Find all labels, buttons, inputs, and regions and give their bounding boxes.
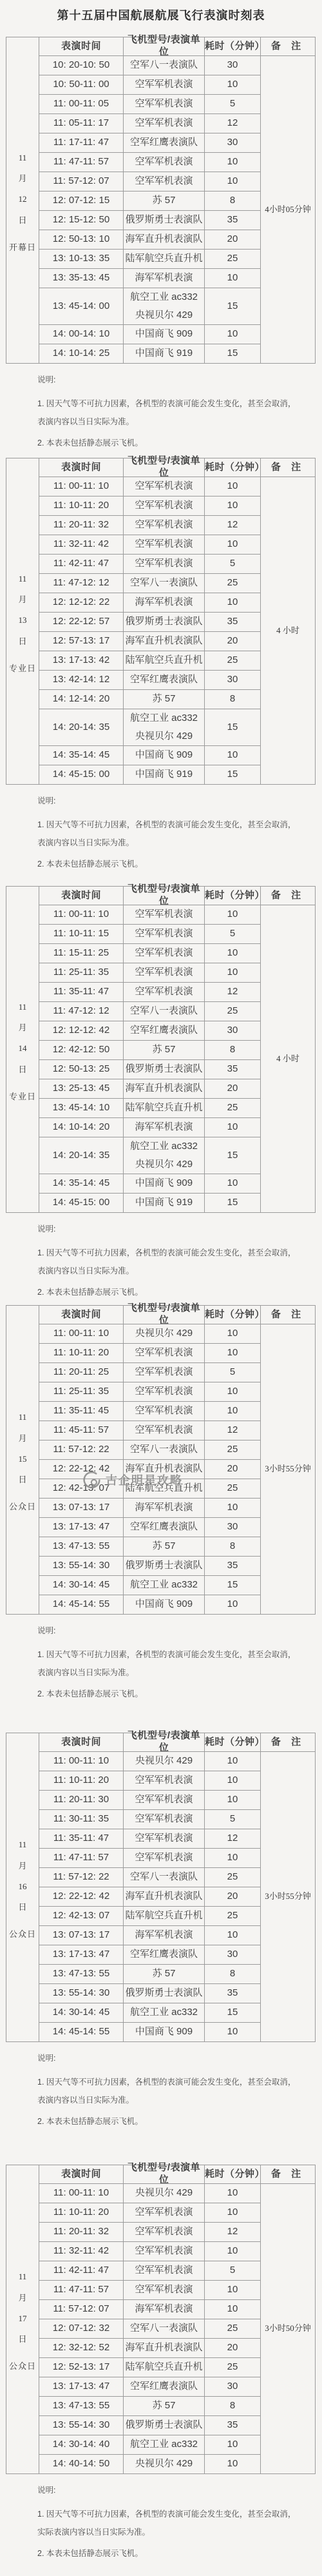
aircraft-cell: 央视贝尔 429 <box>123 1324 204 1343</box>
time-cell: 13: 17-13: 47 <box>39 1517 123 1537</box>
remark-cell: 3小时50分钟 <box>260 2183 315 2473</box>
time-cell: 14: 20-14: 35 <box>39 1137 123 1174</box>
aircraft-line: 央视贝尔 429 <box>135 1159 193 1171</box>
duration-cell: 10 <box>204 1848 260 1867</box>
col-header-time: 表演时间 <box>39 37 123 55</box>
aircraft-cell: 空军红鹰表演队 <box>123 1945 204 1964</box>
duration-cell: 35 <box>204 2415 260 2435</box>
aircraft-cell: 海军直升机表演队 <box>123 1079 204 1098</box>
aircraft-cell: 俄罗斯勇士表演队 <box>123 612 204 631</box>
notes-label: 说明: <box>37 794 298 806</box>
time-cell: 14: 45-15: 00 <box>39 765 123 784</box>
time-cell: 11: 17-11: 47 <box>39 133 123 152</box>
aircraft-cell: 海军直升机表演队 <box>123 1887 204 1906</box>
aircraft-cell: 空军军机表演 <box>123 75 204 94</box>
time-cell: 14: 00-14: 10 <box>39 324 123 344</box>
time-cell: 11: 25-11: 35 <box>39 963 123 982</box>
schedule-day-block: 11月15日公众日 表演时间 飞机型号/表演单位 耗时（分钟） 备 注 11: … <box>0 1305 322 1704</box>
duration-cell: 15 <box>204 344 260 363</box>
duration-cell: 10 <box>204 1324 260 1343</box>
schedule-day-block: 11月16日公众日 表演时间 飞机型号/表演单位 耗时（分钟） 备 注 11: … <box>0 1733 322 2131</box>
date-line: 11 <box>19 1840 27 1850</box>
note-item: 2. 本表未包括静态展示飞机。 <box>37 435 298 453</box>
aircraft-cell: 空军军机表演 <box>123 113 204 133</box>
note-item: 2. 本表未包括静态展示飞机。 <box>37 1686 298 1704</box>
time-cell: 11: 47-12: 12 <box>39 1001 123 1021</box>
col-header-aircraft: 飞机型号/表演单位 <box>123 887 204 905</box>
schedule-table: 11月17日公众日 表演时间 飞机型号/表演单位 耗时（分钟） 备 注 11: … <box>6 2165 316 2474</box>
aircraft-cell: 航空工业 ac332 <box>123 2435 204 2454</box>
time-cell: 11: 42-11: 47 <box>39 2261 123 2280</box>
aircraft-cell: 空军军机表演 <box>123 1790 204 1809</box>
date-line: 月 <box>18 2293 26 2303</box>
notes-label: 说明: <box>37 2052 298 2063</box>
aircraft-cell: 苏 57 <box>123 689 204 709</box>
duration-cell: 12 <box>204 515 260 535</box>
aircraft-cell: 空军军机表演 <box>123 1771 204 1790</box>
schedule-day-block: 11月13日专业日 表演时间 飞机型号/表演单位 耗时（分钟） 备 注 11: … <box>0 458 322 874</box>
duration-cell: 10 <box>204 1925 260 1945</box>
time-cell: 13: 55-14: 30 <box>39 2415 123 2435</box>
time-cell: 13: 42-14: 12 <box>39 670 123 689</box>
notes-label: 说明: <box>37 373 298 385</box>
aircraft-cell: 空军军机表演 <box>123 2280 204 2299</box>
aircraft-cell: 海军军机表演 <box>123 1117 204 1137</box>
aircraft-cell: 航空工业 ac332 <box>123 1575 204 1595</box>
schedule-day-block: 11月14日专业日 表演时间 飞机型号/表演单位 耗时（分钟） 备 注 11: … <box>0 886 322 1302</box>
time-cell: 11: 45-11: 57 <box>39 1421 123 1440</box>
day-type-label: 公众日 <box>9 2361 36 2372</box>
date-line: 日 <box>18 1902 26 1912</box>
duration-cell: 10 <box>204 477 260 496</box>
notes-label: 说明: <box>37 2484 298 2495</box>
date-line: 11 <box>19 574 27 584</box>
aircraft-cell: 空军军机表演 <box>123 1401 204 1421</box>
aircraft-cell: 苏 57 <box>123 1964 204 1983</box>
schedule-table: 11月15日公众日 表演时间 飞机型号/表演单位 耗时（分钟） 备 注 11: … <box>6 1305 316 1615</box>
aircraft-cell: 空军军机表演 <box>123 1809 204 1829</box>
duration-cell: 12 <box>204 982 260 1001</box>
aircraft-cell: 陆军航空兵直升机 <box>123 1479 204 1498</box>
date-line: 16 <box>19 1882 27 1892</box>
date-line: 13 <box>19 615 27 625</box>
aircraft-cell: 中国商飞 909 <box>123 1595 204 1614</box>
time-cell: 11: 00-11: 10 <box>39 2183 123 2203</box>
aircraft-cell: 空军军机表演 <box>123 1829 204 1848</box>
aircraft-cell: 中国商飞 909 <box>123 324 204 344</box>
duration-cell: 12 <box>204 1829 260 1848</box>
time-cell: 12: 12-12: 42 <box>39 1021 123 1040</box>
duration-cell: 25 <box>204 1440 260 1459</box>
duration-cell: 10 <box>204 963 260 982</box>
time-cell: 11: 32-11: 42 <box>39 2241 123 2261</box>
duration-cell: 15 <box>204 1137 260 1174</box>
time-cell: 11: 57-12: 22 <box>39 1440 123 1459</box>
time-cell: 12: 50-13: 10 <box>39 230 123 249</box>
col-header-duration: 耗时（分钟） <box>204 887 260 905</box>
col-header-aircraft: 飞机型号/表演单位 <box>123 1733 204 1751</box>
aircraft-cell: 俄罗斯勇士表演队 <box>123 1059 204 1079</box>
aircraft-cell: 空军八一表演队 <box>123 55 204 75</box>
aircraft-cell: 中国商飞 909 <box>123 2022 204 2041</box>
time-cell: 11: 00-11: 10 <box>39 477 123 496</box>
aircraft-cell: 空军军机表演 <box>123 1421 204 1440</box>
duration-cell: 15 <box>204 1193 260 1212</box>
aircraft-cell: 空军军机表演 <box>123 1848 204 1867</box>
duration-cell: 5 <box>204 1362 260 1382</box>
duration-cell: 25 <box>204 1479 260 1498</box>
aircraft-cell: 央视贝尔 429 <box>123 1751 204 1771</box>
aircraft-cell: 空军八一表演队 <box>123 2319 204 2338</box>
notes-section: 说明: 1. 因天气等不可抗力因素，各机型的表演可能会发生变化，甚至会取消，表演… <box>37 1624 298 1704</box>
aircraft-line: 航空工业 ac332 <box>130 713 198 725</box>
duration-cell: 10 <box>204 2280 260 2299</box>
note-item: 1. 因天气等不可抗力因素，各机型的表演可能会发生变化，甚至会取消，表演内容以当… <box>37 395 298 431</box>
notes-section: 说明: 1. 因天气等不可抗力因素，各机型的表演可能会发生变化，甚至会取消，表演… <box>37 1223 298 1302</box>
time-cell: 13: 47-13: 55 <box>39 1964 123 1983</box>
duration-cell: 12 <box>204 113 260 133</box>
duration-cell: 30 <box>204 1517 260 1537</box>
time-cell: 14: 30-14: 45 <box>39 1575 123 1595</box>
notes-label: 说明: <box>37 1223 298 1234</box>
duration-cell: 35 <box>204 1983 260 2003</box>
duration-cell: 30 <box>204 1021 260 1040</box>
duration-cell: 8 <box>204 1040 260 1059</box>
note-item: 1. 因天气等不可抗力因素，各机型的表演可能会发生变化，甚至会取消，表演内容以当… <box>37 816 298 852</box>
day-type-label: 专业日 <box>9 664 36 674</box>
day-type-label: 开幕日 <box>9 242 36 253</box>
duration-cell: 5 <box>204 924 260 943</box>
aircraft-line: 航空工业 ac332 <box>130 291 198 304</box>
duration-cell: 10 <box>204 324 260 344</box>
aircraft-cell: 航空工业 ac332央视贝尔 429 <box>123 1137 204 1174</box>
time-cell: 14: 12-14: 20 <box>39 689 123 709</box>
date-cell: 11月17日公众日 <box>6 2165 39 2473</box>
aircraft-cell: 空军军机表演 <box>123 535 204 554</box>
duration-cell: 30 <box>204 1945 260 1964</box>
time-cell: 12: 22-12: 42 <box>39 1459 123 1479</box>
aircraft-line: 航空工业 ac332 <box>130 1141 198 1153</box>
time-cell: 12: 22-12: 42 <box>39 1887 123 1906</box>
time-cell: 11: 47-11: 57 <box>39 1848 123 1867</box>
time-cell: 11: 57-12: 22 <box>39 1867 123 1887</box>
duration-cell: 10 <box>204 943 260 963</box>
time-cell: 14: 10-14: 25 <box>39 344 123 363</box>
document-page: { "title": "第十五届中国航展航展飞行表演时刻表", "columns… <box>0 0 322 2576</box>
page-title: 第十五届中国航展航展飞行表演时刻表 <box>0 6 322 23</box>
time-cell: 11: 15-11: 25 <box>39 943 123 963</box>
time-cell: 12: 12-12: 22 <box>39 593 123 612</box>
aircraft-cell: 俄罗斯勇士表演队 <box>123 210 204 230</box>
aircraft-cell: 俄罗斯勇士表演队 <box>123 1983 204 2003</box>
duration-cell: 10 <box>204 2299 260 2319</box>
date-line: 月 <box>18 595 26 605</box>
duration-cell: 10 <box>204 152 260 172</box>
time-cell: 11: 30-11: 35 <box>39 1809 123 1829</box>
aircraft-cell: 空军红鹰表演队 <box>123 670 204 689</box>
time-cell: 14: 35-14: 45 <box>39 745 123 765</box>
aircraft-cell: 中国商飞 909 <box>123 1174 204 1193</box>
time-cell: 11: 05-11: 17 <box>39 113 123 133</box>
notes-section: 说明: 1. 因天气等不可抗力因素，各机型的表演可能会发生变化，甚至会取消，表演… <box>37 373 298 453</box>
duration-cell: 10 <box>204 496 260 515</box>
duration-cell: 10 <box>204 1595 260 1614</box>
aircraft-cell: 空军红鹰表演队 <box>123 133 204 152</box>
duration-cell: 10 <box>204 1751 260 1771</box>
aircraft-cell: 空军军机表演 <box>123 982 204 1001</box>
time-cell: 11: 35-11: 47 <box>39 1829 123 1848</box>
duration-cell: 10 <box>204 1771 260 1790</box>
note-item: 1. 因天气等不可抗力因素，各机型的表演可能会发生变化，甚至会取消，实际表演内容… <box>37 2506 298 2541</box>
time-cell: 12: 07-12: 15 <box>39 191 123 210</box>
col-header-time: 表演时间 <box>39 458 123 477</box>
time-cell: 14: 30-14: 40 <box>39 2435 123 2454</box>
duration-cell: 20 <box>204 1079 260 1098</box>
time-cell: 14: 35-14: 45 <box>39 1174 123 1193</box>
time-cell: 13: 17-13: 42 <box>39 651 123 670</box>
duration-cell: 35 <box>204 210 260 230</box>
aircraft-cell: 空军军机表演 <box>123 477 204 496</box>
col-header-duration: 耗时（分钟） <box>204 1306 260 1324</box>
aircraft-cell: 苏 57 <box>123 1537 204 1556</box>
duration-cell: 10 <box>204 905 260 924</box>
aircraft-cell: 海军直升机表演队 <box>123 631 204 651</box>
date-line: 日 <box>18 1475 26 1485</box>
note-item: 2. 本表未包括静态展示飞机。 <box>37 2113 298 2131</box>
time-cell: 13: 17-13: 47 <box>39 2377 123 2396</box>
aircraft-cell: 俄罗斯勇士表演队 <box>123 2415 204 2435</box>
duration-cell: 15 <box>204 2003 260 2022</box>
aircraft-cell: 空军军机表演 <box>123 496 204 515</box>
duration-cell: 10 <box>204 593 260 612</box>
duration-cell: 15 <box>204 1575 260 1595</box>
aircraft-cell: 海军直升机表演队 <box>123 2338 204 2357</box>
day-type-label: 专业日 <box>9 1092 36 1102</box>
time-cell: 12: 32-12: 52 <box>39 2338 123 2357</box>
duration-cell: 30 <box>204 2377 260 2396</box>
aircraft-cell: 海军直升机表演队 <box>123 230 204 249</box>
time-cell: 12: 15-12: 50 <box>39 210 123 230</box>
time-cell: 13: 45-14: 00 <box>39 288 123 324</box>
time-cell: 11: 00-11: 10 <box>39 1751 123 1771</box>
duration-cell: 5 <box>204 1809 260 1829</box>
duration-cell: 35 <box>204 1059 260 1079</box>
duration-cell: 10 <box>204 172 260 191</box>
col-header-remark: 备 注 <box>260 2165 315 2183</box>
time-cell: 11: 10-11: 20 <box>39 2203 123 2222</box>
aircraft-cell: 陆军航空兵直升机 <box>123 1098 204 1117</box>
col-header-duration: 耗时（分钟） <box>204 2165 260 2183</box>
duration-cell: 10 <box>204 2241 260 2261</box>
duration-cell: 20 <box>204 1459 260 1479</box>
duration-cell: 10 <box>204 1790 260 1809</box>
time-cell: 14: 45-15: 00 <box>39 1193 123 1212</box>
time-cell: 11: 47-11: 57 <box>39 152 123 172</box>
aircraft-cell: 俄罗斯勇士表演队 <box>123 1556 204 1575</box>
time-cell: 13: 17-13: 47 <box>39 1945 123 1964</box>
remark-cell: 3小时55分钟 <box>260 1324 315 1614</box>
col-header-time: 表演时间 <box>39 2165 123 2183</box>
time-cell: 12: 07-12: 32 <box>39 2319 123 2338</box>
time-cell: 14: 20-14: 35 <box>39 709 123 745</box>
date-line: 17 <box>19 2314 27 2324</box>
duration-cell: 10 <box>204 1382 260 1401</box>
duration-cell: 30 <box>204 670 260 689</box>
duration-cell: 10 <box>204 745 260 765</box>
schedule-table: 11月14日专业日 表演时间 飞机型号/表演单位 耗时（分钟） 备 注 11: … <box>6 886 316 1213</box>
time-cell: 10: 50-11: 00 <box>39 75 123 94</box>
aircraft-cell: 空军军机表演 <box>123 152 204 172</box>
time-cell: 11: 10-11: 15 <box>39 924 123 943</box>
remark-cell: 4 小时 <box>260 477 315 784</box>
col-header-duration: 耗时（分钟） <box>204 1733 260 1751</box>
time-cell: 11: 00-11: 10 <box>39 905 123 924</box>
duration-cell: 20 <box>204 631 260 651</box>
time-cell: 11: 57-12: 07 <box>39 172 123 191</box>
time-cell: 10: 20-10: 50 <box>39 55 123 75</box>
aircraft-cell: 陆军航空兵直升机 <box>123 249 204 268</box>
date-cell: 11月14日专业日 <box>6 887 39 1212</box>
duration-cell: 25 <box>204 573 260 593</box>
time-cell: 13: 47-13: 55 <box>39 2396 123 2415</box>
aircraft-cell: 空军军机表演 <box>123 924 204 943</box>
duration-cell: 10 <box>204 1498 260 1517</box>
col-header-time: 表演时间 <box>39 887 123 905</box>
duration-cell: 10 <box>204 75 260 94</box>
aircraft-cell: 陆军航空兵直升机 <box>123 1906 204 1925</box>
col-header-aircraft: 飞机型号/表演单位 <box>123 37 204 55</box>
date-line: 月 <box>18 1861 26 1871</box>
aircraft-cell: 空军军机表演 <box>123 94 204 113</box>
remark-cell: 4小时05分钟 <box>260 55 315 363</box>
duration-cell: 12 <box>204 1421 260 1440</box>
duration-cell: 10 <box>204 2454 260 2473</box>
aircraft-line: 央视贝尔 429 <box>135 731 193 743</box>
time-cell: 12: 22-12: 57 <box>39 612 123 631</box>
aircraft-line: 央视贝尔 429 <box>135 310 193 322</box>
time-cell: 11: 00-11: 05 <box>39 94 123 113</box>
duration-cell: 10 <box>204 2435 260 2454</box>
aircraft-cell: 中国商飞 919 <box>123 344 204 363</box>
note-item: 1. 因天气等不可抗力因素，各机型的表演可能会发生变化，甚至会取消，表演内容以当… <box>37 1244 298 1280</box>
aircraft-cell: 空军八一表演队 <box>123 1001 204 1021</box>
note-item: 2. 本表未包括静态展示飞机。 <box>37 856 298 874</box>
col-header-remark: 备 注 <box>260 458 315 477</box>
time-cell: 11: 20-11: 25 <box>39 1362 123 1382</box>
schedule-table: 11月13日专业日 表演时间 飞机型号/表演单位 耗时（分钟） 备 注 11: … <box>6 458 316 785</box>
schedule-table: 11月16日公众日 表演时间 飞机型号/表演单位 耗时（分钟） 备 注 11: … <box>6 1733 316 2042</box>
aircraft-cell: 航空工业 ac332央视贝尔 429 <box>123 288 204 324</box>
duration-cell: 30 <box>204 55 260 75</box>
duration-cell: 10 <box>204 2183 260 2203</box>
time-cell: 14: 45-14: 55 <box>39 2022 123 2041</box>
aircraft-cell: 海军军机表演 <box>123 593 204 612</box>
aircraft-cell: 空军红鹰表演队 <box>123 2377 204 2396</box>
duration-cell: 20 <box>204 230 260 249</box>
time-cell: 12: 42-13: 07 <box>39 1906 123 1925</box>
time-cell: 11: 42-11: 47 <box>39 554 123 573</box>
time-cell: 12: 52-13: 17 <box>39 2357 123 2377</box>
aircraft-cell: 空军军机表演 <box>123 1343 204 1362</box>
date-line: 日 <box>18 636 26 647</box>
notes-section: 说明: 1. 因天气等不可抗力因素，各机型的表演可能会发生变化，甚至会取消，表演… <box>37 794 298 874</box>
duration-cell: 8 <box>204 2396 260 2415</box>
aircraft-cell: 海军军机表演 <box>123 1925 204 1945</box>
time-cell: 13: 07-13: 17 <box>39 1498 123 1517</box>
aircraft-cell: 央视贝尔 429 <box>123 2183 204 2203</box>
time-cell: 14: 10-14: 20 <box>39 1117 123 1137</box>
aircraft-cell: 空军八一表演队 <box>123 1867 204 1887</box>
aircraft-cell: 空军军机表演 <box>123 554 204 573</box>
time-cell: 14: 45-14: 55 <box>39 1595 123 1614</box>
date-line: 月 <box>18 1023 26 1033</box>
notes-section: 说明: 1. 因天气等不可抗力因素，各机型的表演可能会发生变化，甚至会取消，实际… <box>37 2484 298 2563</box>
time-cell: 13: 07-13: 17 <box>39 1925 123 1945</box>
date-line: 日 <box>18 1065 26 1075</box>
duration-cell: 25 <box>204 1001 260 1021</box>
aircraft-cell: 空军军机表演 <box>123 2241 204 2261</box>
schedule-table: 11月12日开幕日 表演时间 飞机型号/表演单位 耗时（分钟） 备 注 10: … <box>6 37 316 364</box>
schedule-day-block: 11月12日开幕日 表演时间 飞机型号/表演单位 耗时（分钟） 备 注 10: … <box>0 37 322 453</box>
duration-cell: 10 <box>204 1117 260 1137</box>
aircraft-cell: 中国商飞 919 <box>123 765 204 784</box>
time-cell: 11: 20-11: 32 <box>39 515 123 535</box>
col-header-time: 表演时间 <box>39 1733 123 1751</box>
duration-cell: 10 <box>204 268 260 288</box>
duration-cell: 8 <box>204 191 260 210</box>
aircraft-cell: 陆军航空兵直升机 <box>123 651 204 670</box>
time-cell: 11: 25-11: 35 <box>39 1382 123 1401</box>
date-cell: 11月16日公众日 <box>6 1733 39 2041</box>
date-cell: 11月12日开幕日 <box>6 37 39 363</box>
duration-cell: 20 <box>204 1887 260 1906</box>
duration-cell: 25 <box>204 1906 260 1925</box>
col-header-duration: 耗时（分钟） <box>204 458 260 477</box>
note-item: 2. 本表未包括静态展示飞机。 <box>37 2545 298 2563</box>
aircraft-cell: 空军军机表演 <box>123 943 204 963</box>
duration-cell: 25 <box>204 1867 260 1887</box>
time-cell: 13: 35-13: 45 <box>39 268 123 288</box>
day-type-label: 公众日 <box>9 1502 36 1512</box>
time-cell: 14: 30-14: 45 <box>39 2003 123 2022</box>
date-line: 11 <box>19 1412 27 1422</box>
time-cell: 12: 42-12: 50 <box>39 1040 123 1059</box>
time-cell: 11: 20-11: 30 <box>39 1790 123 1809</box>
col-header-remark: 备 注 <box>260 1733 315 1751</box>
aircraft-cell: 空军红鹰表演队 <box>123 1021 204 1040</box>
col-header-aircraft: 飞机型号/表演单位 <box>123 2165 204 2183</box>
time-cell: 12: 50-13: 25 <box>39 1059 123 1079</box>
aircraft-cell: 空军军机表演 <box>123 1382 204 1401</box>
time-cell: 13: 55-14: 30 <box>39 1556 123 1575</box>
date-line: 日 <box>18 2334 26 2345</box>
duration-cell: 5 <box>204 94 260 113</box>
duration-cell: 15 <box>204 709 260 745</box>
aircraft-cell: 海军军机表演 <box>123 2299 204 2319</box>
duration-cell: 10 <box>204 1343 260 1362</box>
aircraft-cell: 海军军机表演 <box>123 1498 204 1517</box>
time-cell: 11: 32-11: 42 <box>39 535 123 554</box>
time-cell: 11: 57-12: 07 <box>39 2299 123 2319</box>
date-line: 月 <box>18 1433 26 1444</box>
aircraft-cell: 空军军机表演 <box>123 2261 204 2280</box>
time-cell: 11: 00-11: 10 <box>39 1324 123 1343</box>
schedule-day-block: 11月17日公众日 表演时间 飞机型号/表演单位 耗时（分钟） 备 注 11: … <box>0 2165 322 2563</box>
notes-label: 说明: <box>37 1624 298 1636</box>
duration-cell: 12 <box>204 2222 260 2241</box>
duration-cell: 25 <box>204 249 260 268</box>
duration-cell: 25 <box>204 651 260 670</box>
